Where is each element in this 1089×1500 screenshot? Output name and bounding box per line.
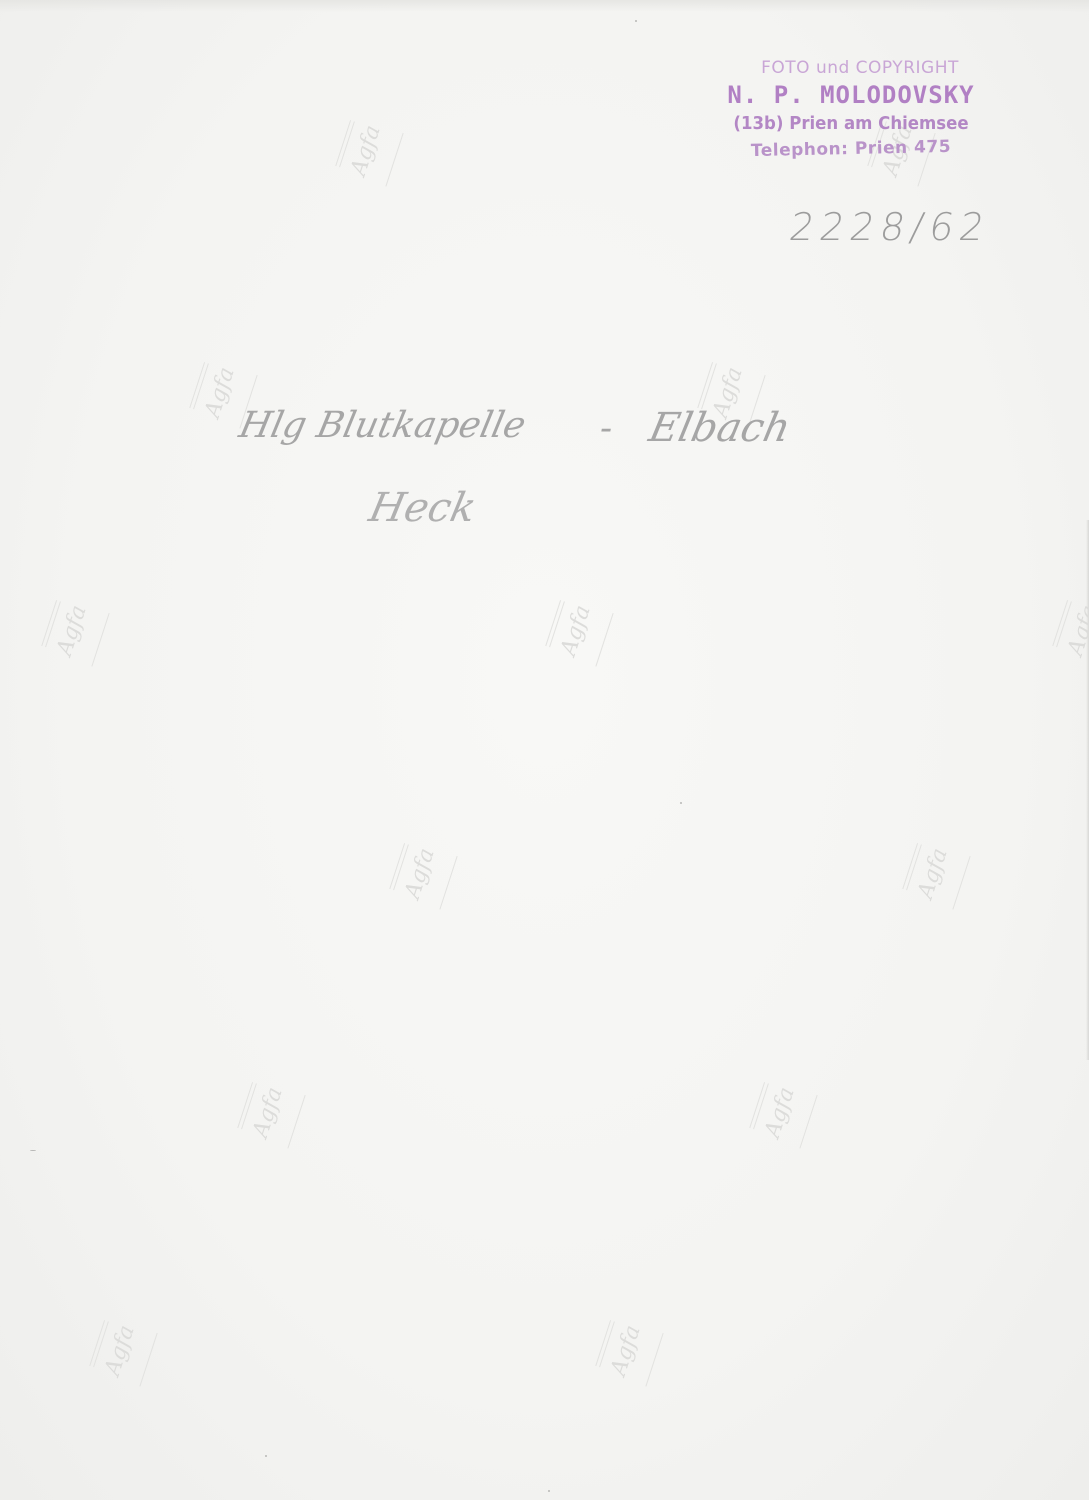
stamp-copyright-line: FOTO und COPYRIGHT [724, 60, 996, 77]
dust-speck [680, 802, 682, 804]
caption-location: Elbach [645, 405, 794, 451]
dust-speck [30, 1150, 36, 1151]
caption-chapel-name: Hlg Blutkapelle [236, 405, 530, 446]
stamp-telephone: Telephon: Prien 475 [706, 138, 996, 161]
photographer-stamp: FOTO und COPYRIGHT N. P. MOLODOVSKY (13b… [706, 60, 996, 158]
archive-number: 2228/62 [786, 205, 994, 249]
dust-speck [265, 1455, 267, 1457]
caption-second-line: Heck [365, 485, 480, 531]
stamp-photographer-name: N. P. MOLODOVSKY [706, 83, 996, 107]
paper-top-edge [0, 0, 1089, 12]
stamp-address: (13b) Prien am Chiemsee [718, 115, 985, 133]
caption-separator: - [600, 408, 612, 449]
dust-speck [635, 20, 637, 22]
dust-speck [548, 1490, 550, 1492]
